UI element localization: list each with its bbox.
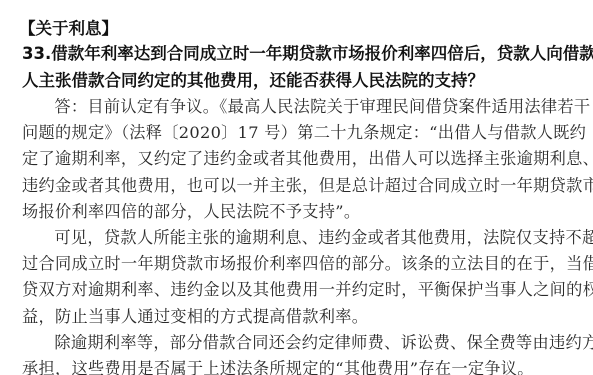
paragraph-line: 定了逾期利率，又约定了违约金或者其他费用，出借人可以选择主张逾期利息、	[22, 146, 582, 172]
paragraph-line: 承担，这些费用是否属于上述法条所规定的“其他费用”存在一定争议。	[22, 356, 582, 375]
question-heading: 33.借款年利率达到合同成立时一年期贷款市场报价利率四倍后，贷款人向借款 人主张…	[22, 41, 582, 94]
paragraph-line: 答：目前认定有争议。《最高人民法院关于审理民间借贷案件适用法律若干	[22, 94, 582, 120]
section-title: 【关于利息】	[19, 16, 582, 41]
analysis-paragraph: 可见，贷款人所能主张的逾期利息、违约金或者其他费用，法院仅支持不超 过合同成立时…	[22, 225, 582, 330]
answer-paragraph: 答：目前认定有争议。《最高人民法院关于审理民间借贷案件适用法律若干 问题的规定》…	[22, 94, 582, 225]
paragraph-line: 除逾期利率等，部分借款合同还会约定律师费、诉讼费、保全费等由违约方	[22, 330, 582, 356]
paragraph-line: 可见，贷款人所能主张的逾期利息、违约金或者其他费用，法院仅支持不超	[22, 225, 582, 251]
paragraph-line: 过合同成立时一年期贷款市场报价利率四倍的部分。该条的立法目的在于，当借	[22, 251, 582, 277]
paragraph-line: 违约金或者其他费用，也可以一并主张，但是总计超过合同成立时一年期贷款市	[22, 173, 582, 199]
paragraph-line: 场报价利率四倍的部分，人民法院不予支持”。	[22, 199, 582, 225]
other-fees-paragraph: 除逾期利率等，部分借款合同还会约定律师费、诉讼费、保全费等由违约方 承担，这些费…	[22, 330, 582, 375]
question-line: 人主张借款合同约定的其他费用，还能否获得人民法院的支持？	[22, 68, 582, 95]
question-line: 33.借款年利率达到合同成立时一年期贷款市场报价利率四倍后，贷款人向借款	[22, 41, 582, 68]
document-page: 【关于利息】 33.借款年利率达到合同成立时一年期贷款市场报价利率四倍后，贷款人…	[22, 16, 582, 375]
paragraph-line: 益，防止当事人通过变相的方式提高借款利率。	[22, 304, 582, 330]
paragraph-line: 问题的规定》（法释〔2020〕17 号）第二十九条规定：“出借人与借款人既约	[22, 120, 582, 146]
paragraph-line: 贷双方对逾期利率、违约金以及其他费用一并约定时，平衡保护当事人之间的权	[22, 277, 582, 303]
